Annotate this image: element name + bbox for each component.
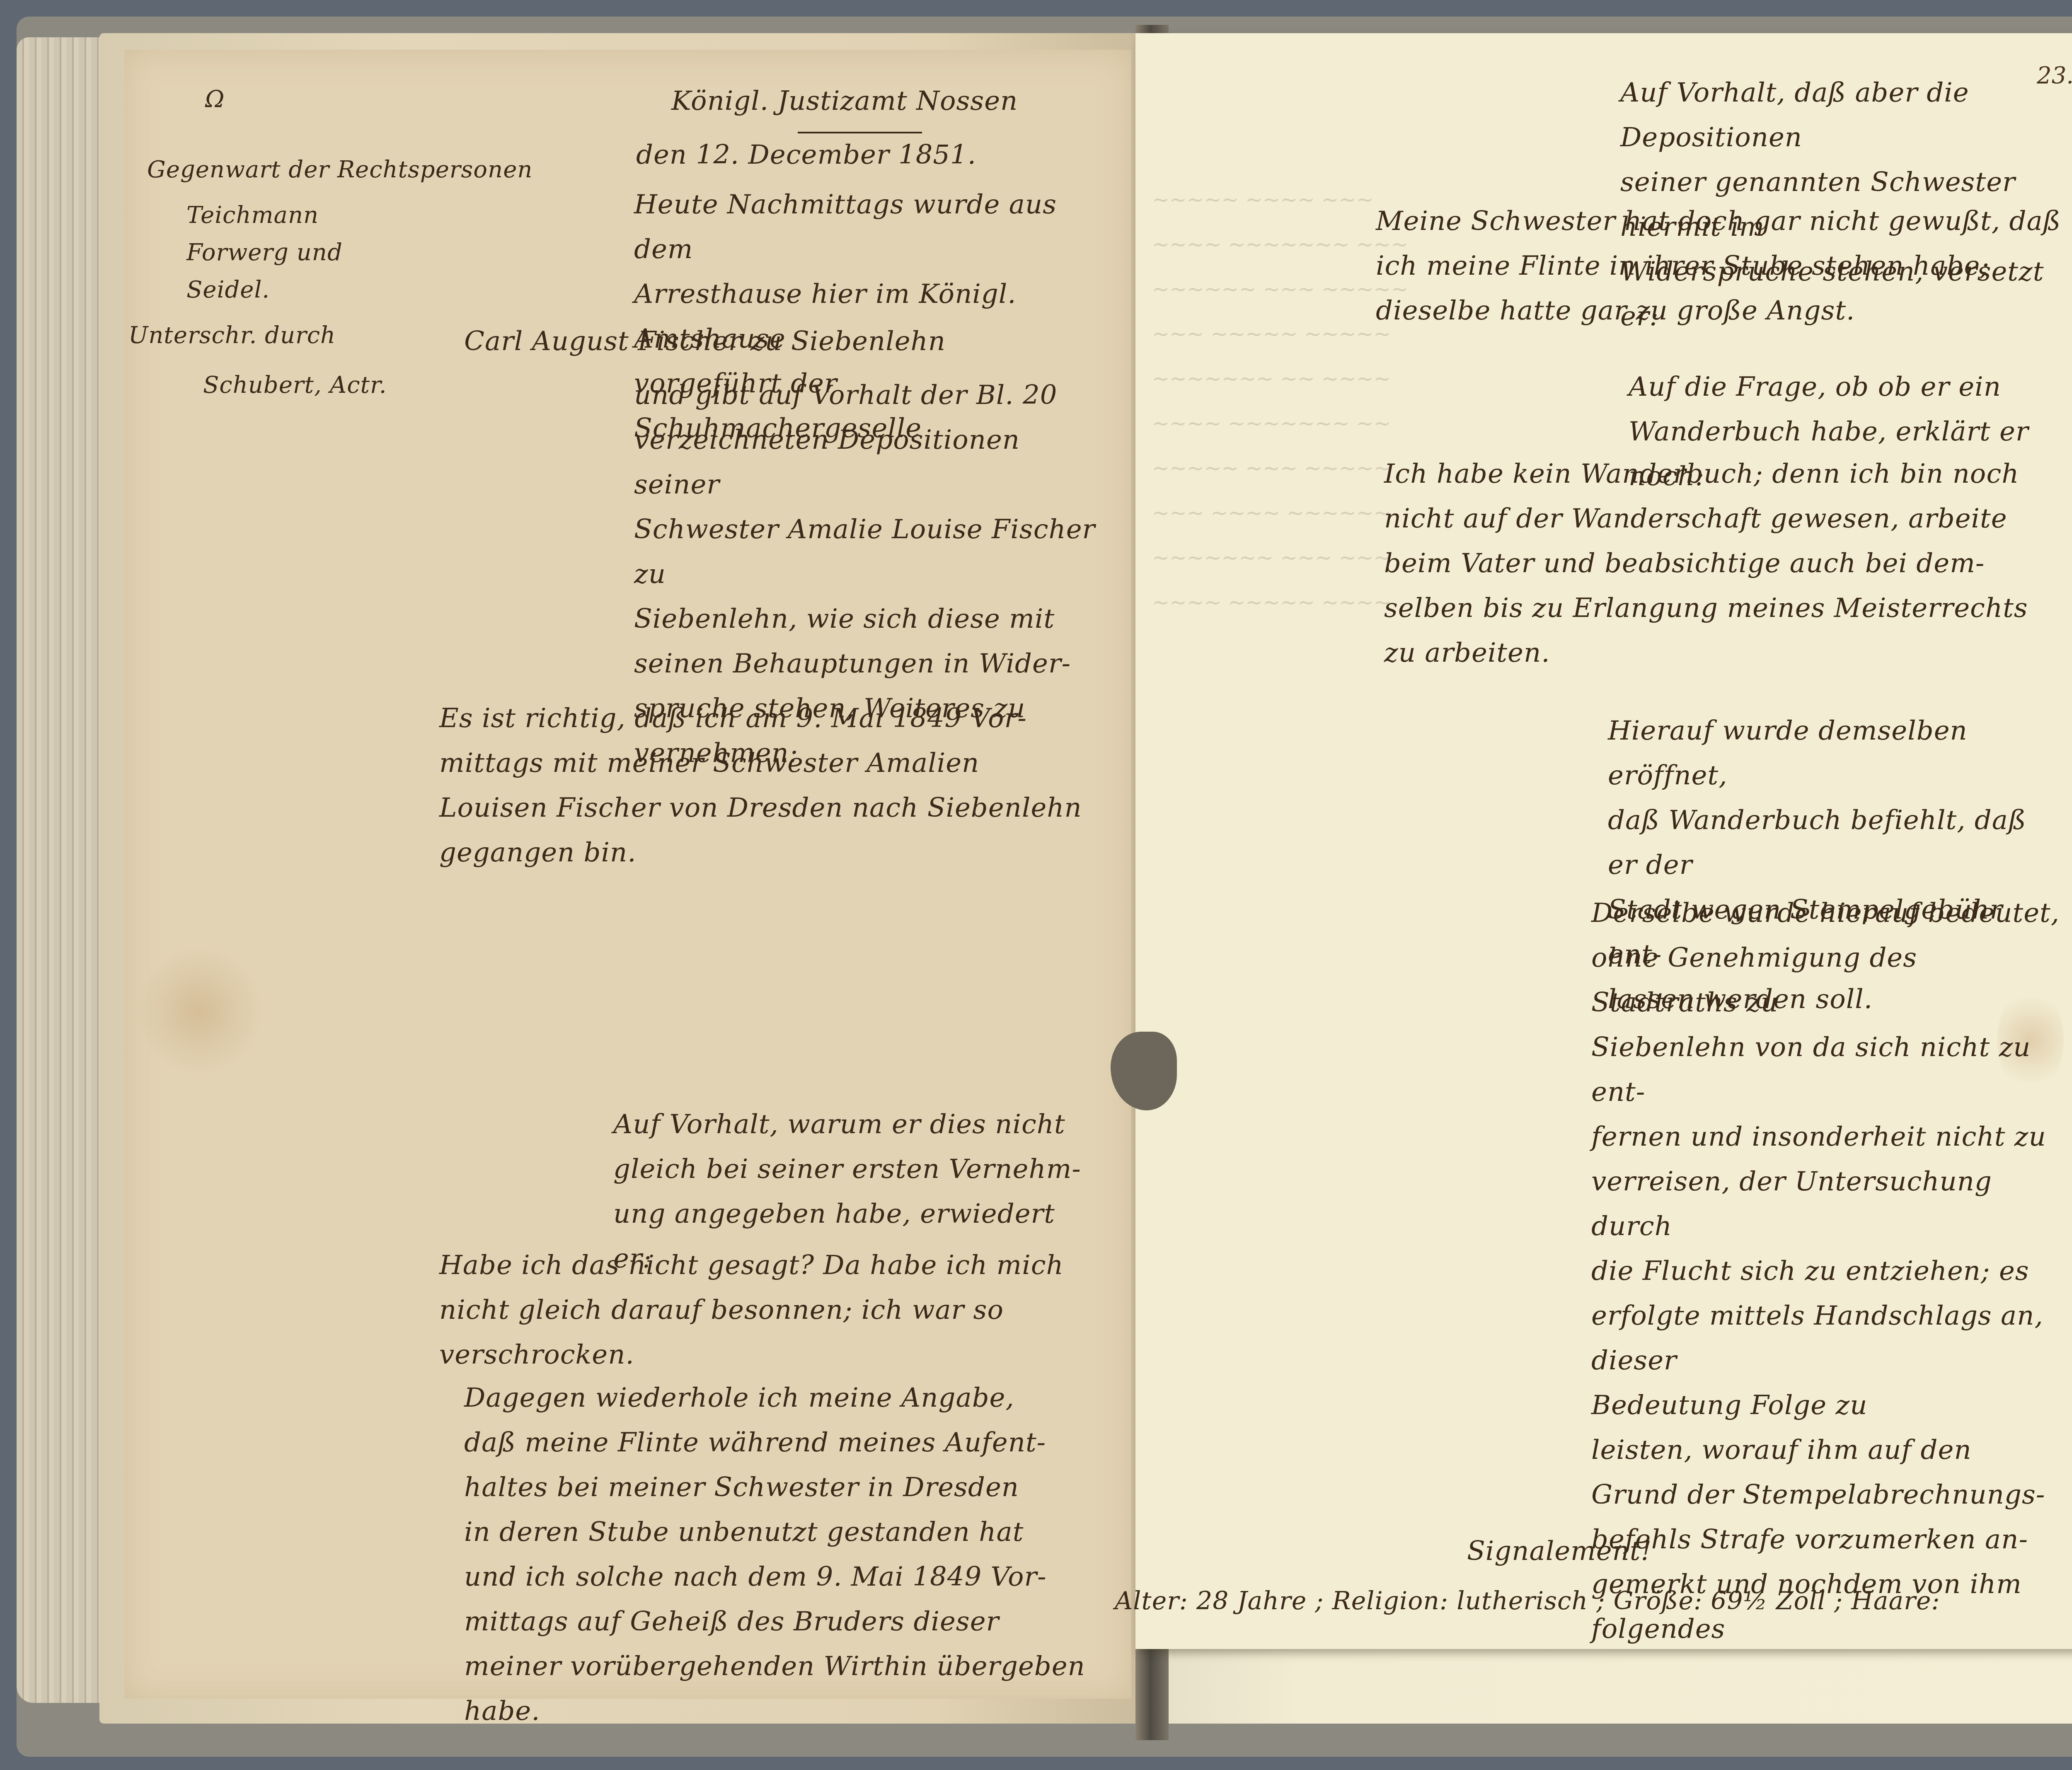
- margin-attendee-2: Forwerg und: [186, 232, 343, 273]
- right-paragraph-6: Derselbe wurde hierauf bedeutet, ohne Ge…: [1591, 891, 2068, 1652]
- paragraph-statement-1: Es ist richtig, daß ich am 9. Mai 1849 V…: [439, 696, 1102, 875]
- signalement-line: Alter: 28 Jahre ; Religion: lutherisch ;…: [1115, 1579, 2072, 1623]
- margin-clerk-signature: Schubert, Actr.: [203, 365, 387, 406]
- defendant-name: Carl August Fischer zu Siebenlehn: [464, 319, 946, 364]
- margin-attendee-1: Teichmann: [186, 195, 319, 236]
- protocol-date: den 12. December 1851.: [636, 133, 976, 177]
- water-stain: [137, 945, 261, 1077]
- margin-attendee-3: Seidel.: [186, 269, 270, 311]
- signalement-heading: Signalement!: [1467, 1529, 1652, 1574]
- right-paragraph-4: Ich habe kein Wanderbuch; denn ich bin n…: [1384, 452, 2072, 675]
- margin-mark: Ω: [205, 79, 225, 120]
- paragraph-statement-2: Dagegen wiederhole ich meine Angabe, daß…: [464, 1376, 1106, 1734]
- court-header: Königl. Justizamt Nossen: [671, 79, 1018, 123]
- margin-attendance-line: Gegenwart der Rechtspersonen: [147, 149, 533, 191]
- left-page-edges: [17, 37, 112, 1703]
- right-paragraph-2: Meine Schwester hat doch gar nicht gewuß…: [1376, 199, 2072, 333]
- margin-signature-line: Unterschr. durch: [128, 315, 336, 356]
- paragraph-answer-1: Habe ich das nicht gesagt? Da habe ich m…: [439, 1243, 1102, 1377]
